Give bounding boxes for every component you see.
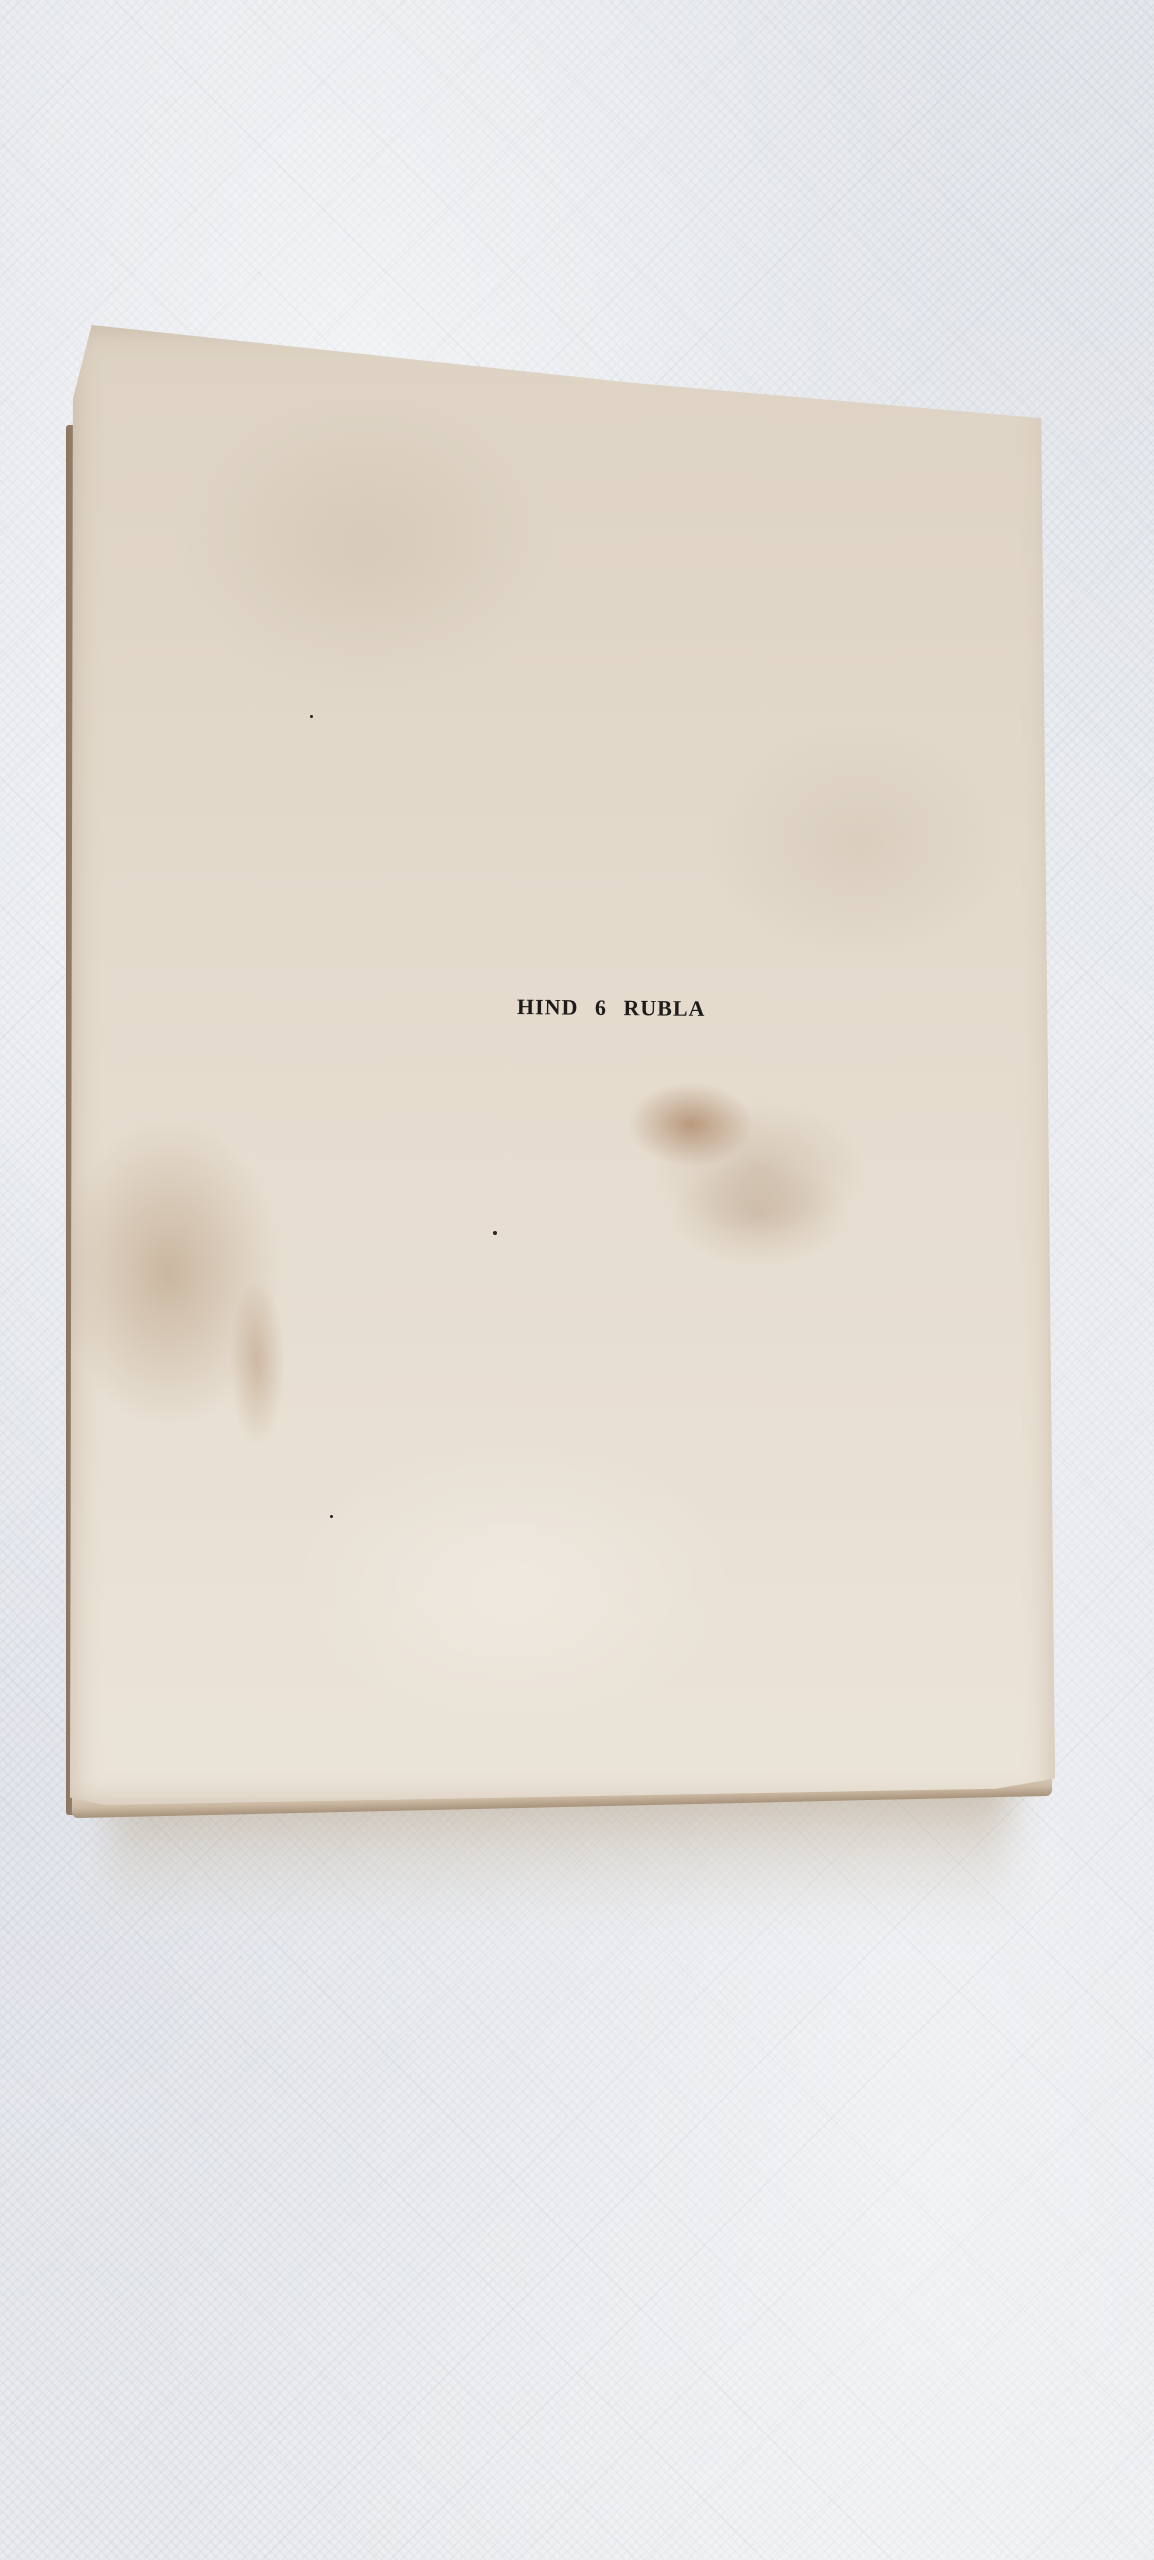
- cover-speck: [310, 715, 313, 718]
- book-back-cover: [70, 325, 1055, 1805]
- cover-speck: [330, 1515, 333, 1518]
- price-label: HIND 6 RUBLA: [517, 994, 706, 1022]
- cover-speck: [493, 1231, 497, 1235]
